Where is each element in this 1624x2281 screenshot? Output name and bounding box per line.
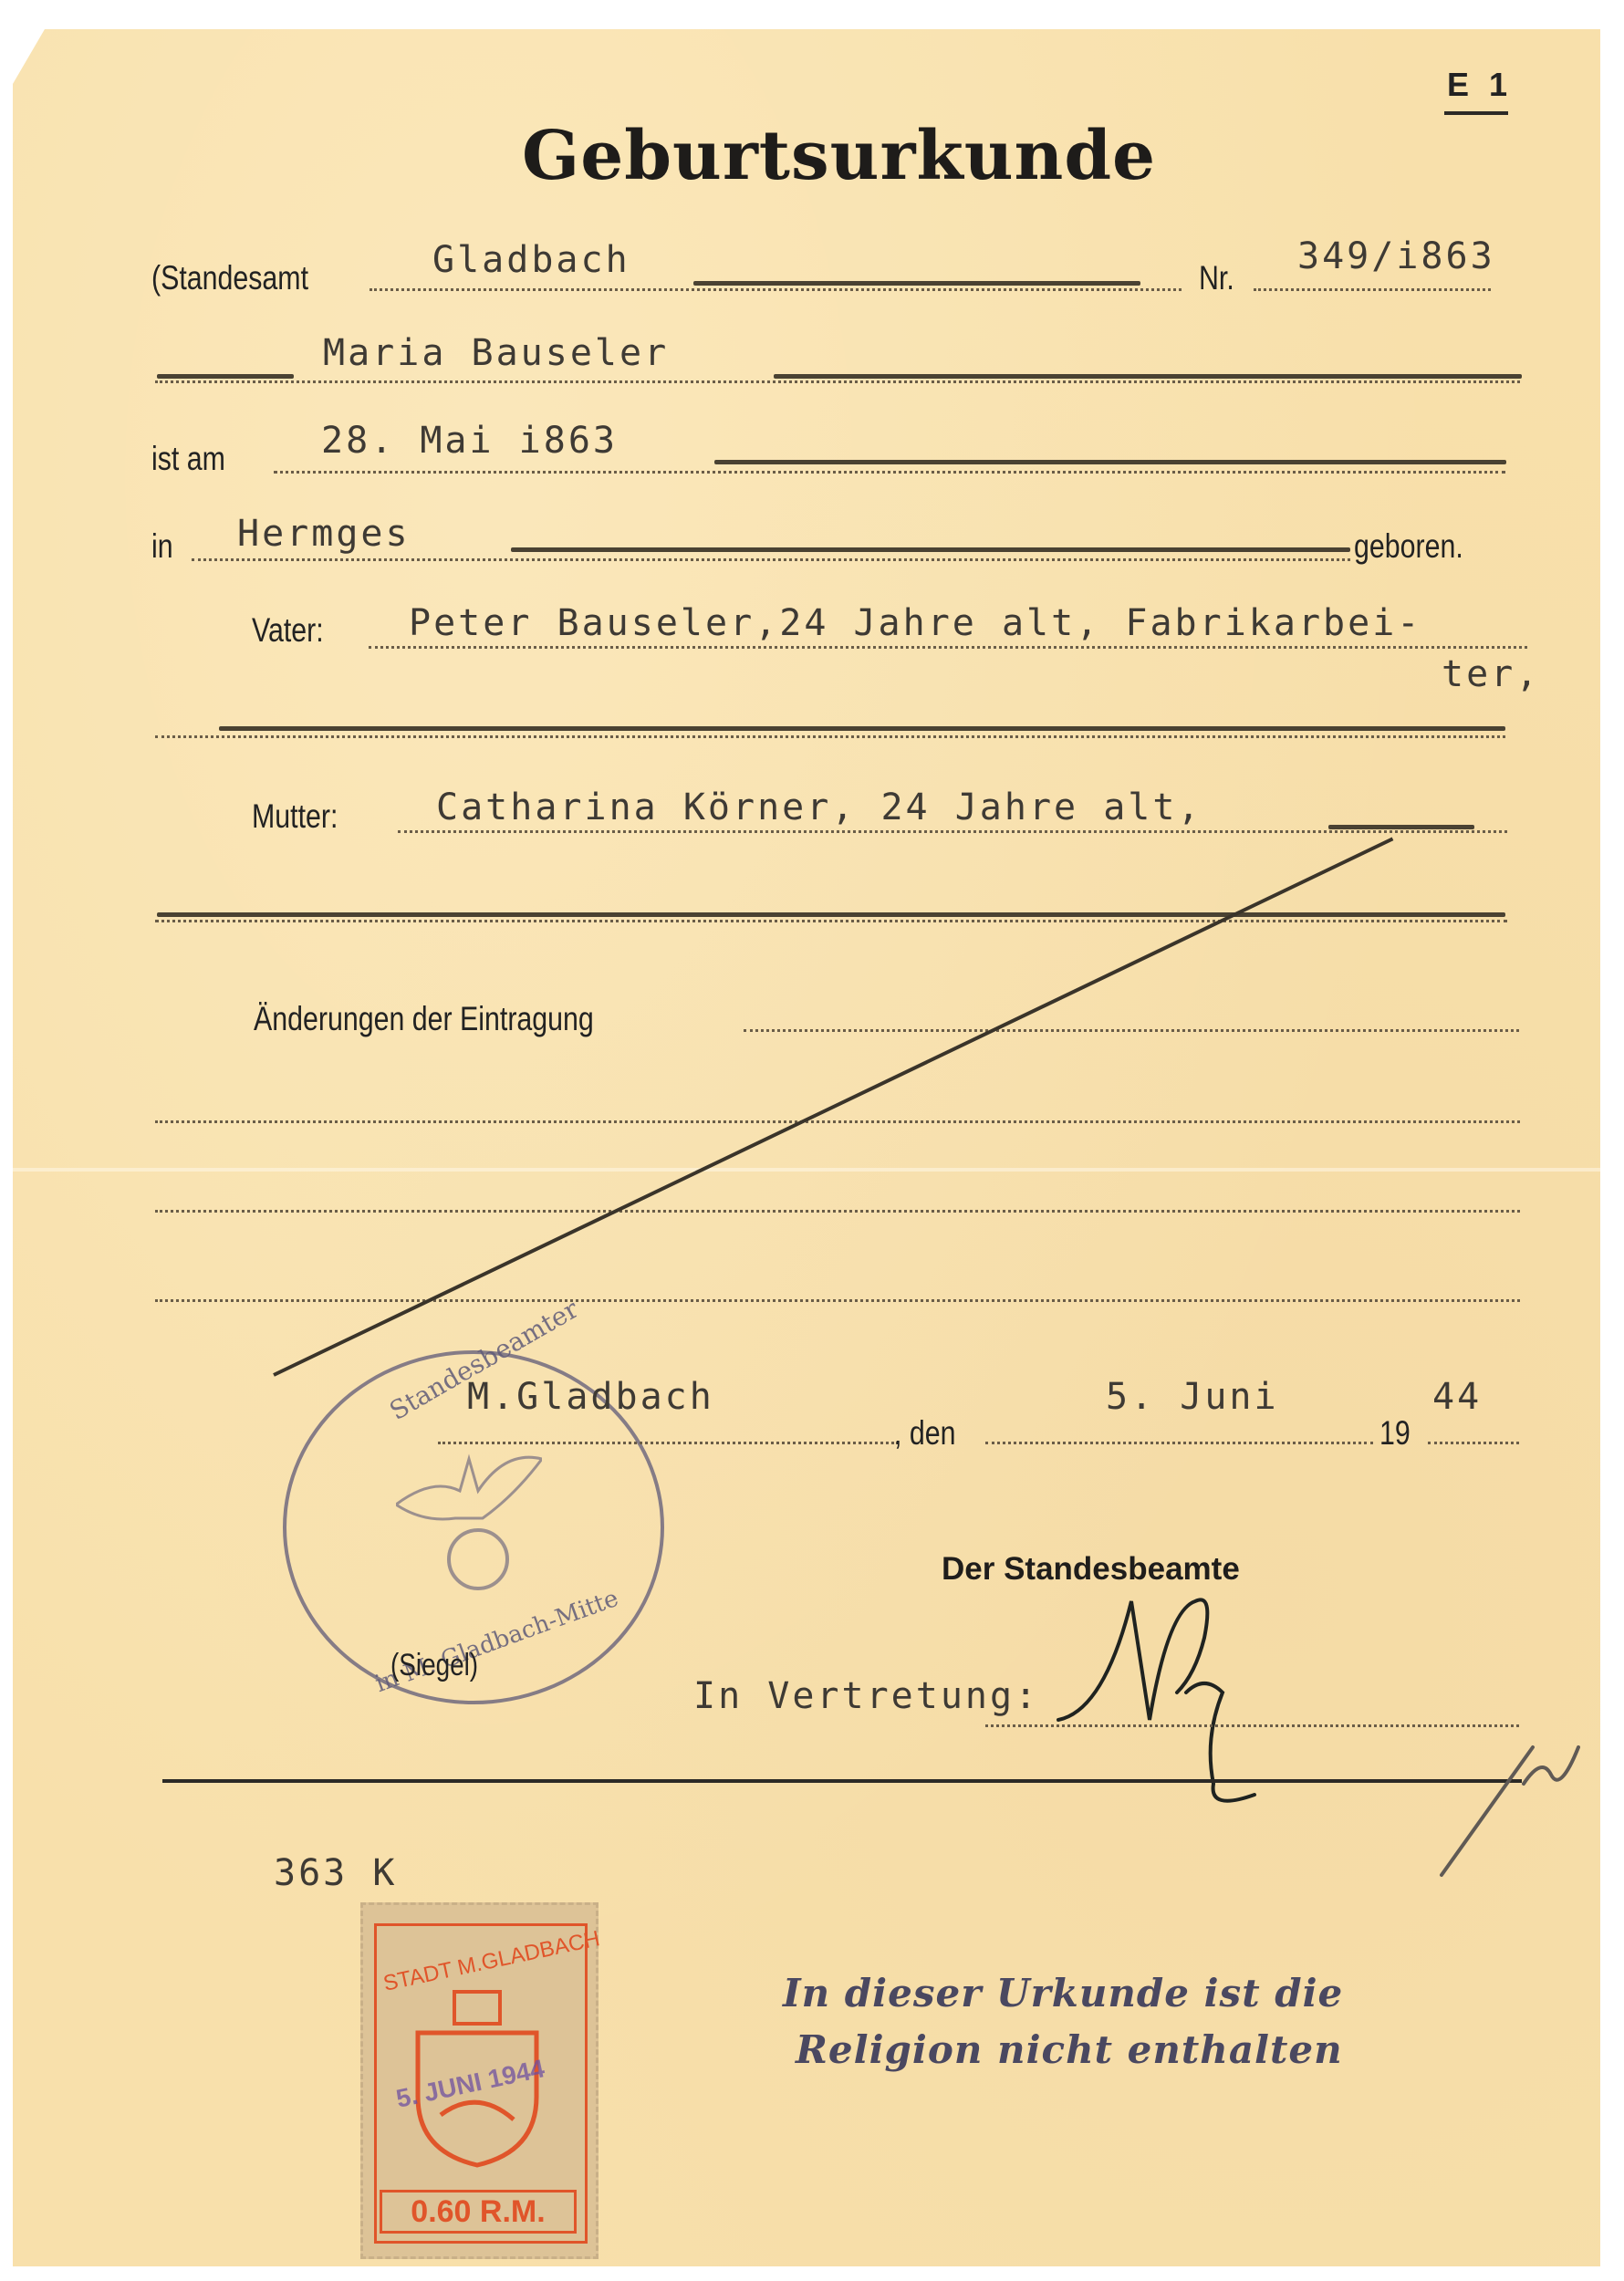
den-label: , den (894, 1414, 955, 1453)
strike-bar (219, 726, 1505, 731)
father-label: Vater: (252, 611, 324, 650)
paraph-mark (1432, 1729, 1588, 1884)
amendments-dotted-line (155, 1210, 1520, 1213)
father-value-line1: Peter Bauseler,24 Jahre alt, Fabrikarbei… (409, 602, 1421, 644)
strike-bar (511, 547, 1350, 552)
birth-place: Hermges (237, 513, 411, 555)
amendments-dotted-line (155, 1299, 1520, 1302)
revenue-stamp: STADT M.GLADBACH 5. JUNI 1944 0.60 R.M. (360, 1902, 599, 2259)
amendments-dotted-line (744, 1029, 1519, 1032)
father-value-line2: ter, (1442, 653, 1540, 695)
strike-bar (157, 374, 294, 379)
document-title: Geburtsurkunde (522, 117, 1156, 195)
born-label: geboren. (1354, 527, 1463, 566)
amendments-dotted-line (155, 1120, 1520, 1123)
issue-place: M.Gladbach (467, 1376, 714, 1418)
number-value: 349/i863 (1297, 235, 1495, 277)
amendments-label: Änderungen der Eintragung (254, 1000, 594, 1038)
name-dotted-line (155, 380, 1520, 383)
year-prefix: 19 (1379, 1414, 1411, 1453)
signature-dotted-line (985, 1724, 1519, 1727)
strike-bar (693, 281, 1140, 286)
place-label: in (151, 527, 173, 566)
issue-date-dotted-line (985, 1442, 1373, 1444)
revenue-stamp-value: 0.60 R.M. (380, 2190, 577, 2234)
religion-notice-line1: In dieser Urkunde ist die (783, 1971, 1343, 2015)
place-dotted-line (192, 558, 1350, 561)
birth-date: 28. Mai i863 (321, 420, 618, 462)
year-dotted-line (1428, 1442, 1519, 1444)
section-divider (162, 1779, 1522, 1783)
paper-fold (13, 1168, 1600, 1172)
strike-bar (157, 912, 1505, 917)
mother-dotted-line (398, 830, 1507, 833)
number-label: Nr. (1199, 259, 1234, 297)
issue-year: 44 (1432, 1376, 1482, 1418)
date-label: ist am (151, 440, 225, 478)
handwritten-signature (1049, 1583, 1323, 1829)
strike-bar (1328, 825, 1474, 829)
officer-title: Der Standesbeamte (942, 1551, 1240, 1588)
mother-label: Mutter: (252, 797, 338, 836)
number-dotted-line (1254, 288, 1491, 291)
issue-date: 5. Juni (1106, 1376, 1279, 1418)
office-dotted-line (370, 288, 1182, 291)
seal-label: (Siegel) (390, 1648, 478, 1683)
form-code: E 1 (1447, 66, 1513, 104)
file-reference: 363 K (274, 1852, 397, 1894)
mother-dotted-line-2 (155, 920, 1507, 922)
office-value: Gladbach (432, 239, 630, 281)
child-name: Maria Bauseler (323, 332, 669, 374)
proxy-label: In Vertretung: (693, 1675, 1039, 1717)
certificate-paper (13, 29, 1600, 2266)
issue-place-dotted-line (438, 1442, 899, 1444)
mother-value: Catharina Körner, 24 Jahre alt, (436, 786, 1202, 828)
religion-notice-line2: Religion nicht enthalten (796, 2027, 1343, 2072)
date-dotted-line (274, 471, 1505, 474)
emblem-icon (396, 1441, 542, 1596)
form-code-underline (1444, 111, 1508, 115)
strike-bar (774, 374, 1522, 379)
father-dotted-line-2 (155, 735, 1505, 738)
office-label: (Standesamt (151, 259, 308, 297)
strike-bar (714, 460, 1506, 464)
father-dotted-line (369, 646, 1527, 649)
